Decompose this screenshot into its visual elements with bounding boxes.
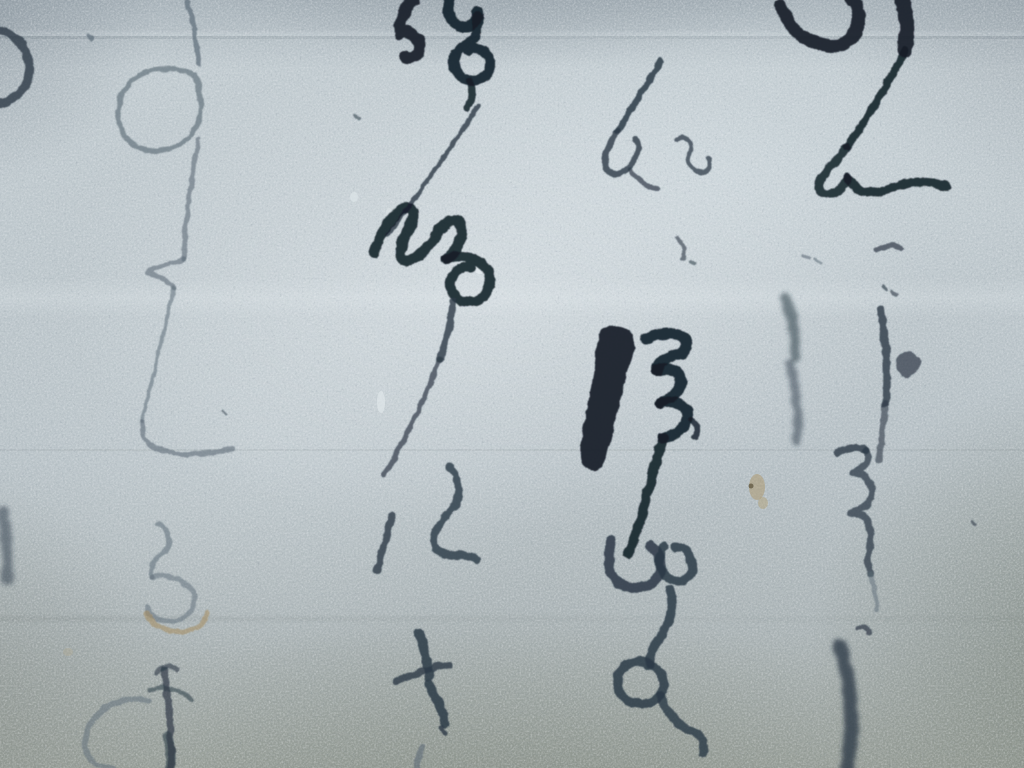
white-fleck-b <box>377 391 385 413</box>
calligraphy-canvas <box>0 0 1024 768</box>
c3-mid-dot-a <box>882 287 886 290</box>
c3-fleck-a <box>804 256 810 258</box>
c3-mid-dot-b <box>892 291 896 294</box>
c3-top-vertical <box>903 0 907 50</box>
bottom-left-blob <box>168 736 171 768</box>
tan-fleck <box>63 648 73 656</box>
brown-stain-small <box>758 497 768 509</box>
left-top-dot <box>88 36 91 39</box>
left-edge-smudge <box>3 512 7 580</box>
brown-stain-dot <box>749 484 754 489</box>
white-fleck-c <box>350 192 358 202</box>
manuscript-photo <box>0 0 1024 768</box>
paper-speck-c <box>223 411 226 414</box>
c1-chi-dot <box>441 729 445 733</box>
